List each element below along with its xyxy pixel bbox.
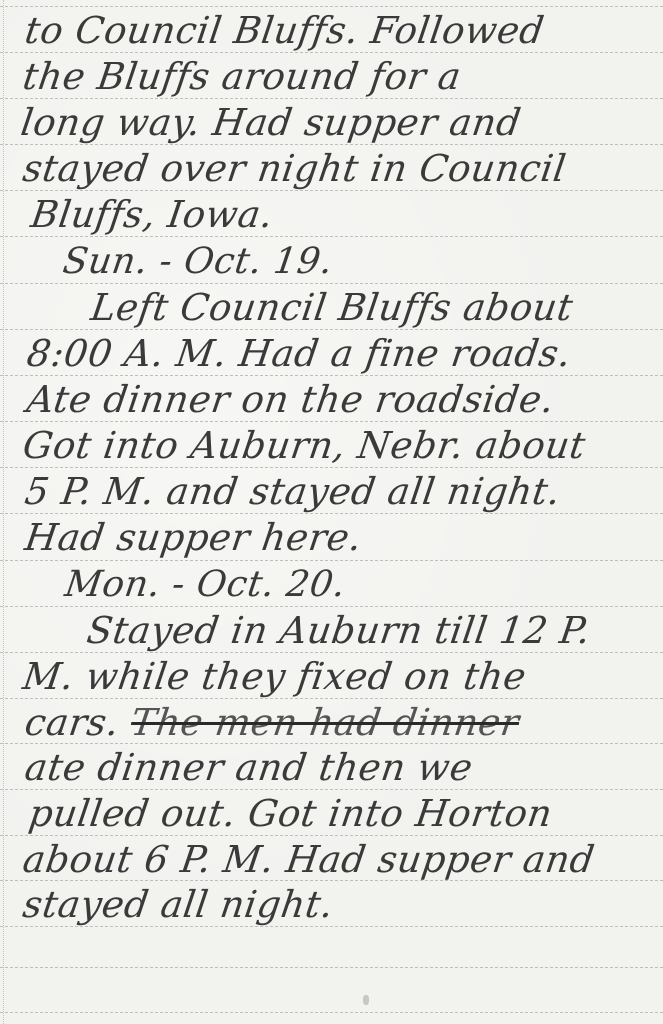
handwritten-text: cars. xyxy=(22,701,122,744)
handwritten-line: 5 P. M. and stayed all night. xyxy=(22,469,563,515)
handwritten-line: about 6 P. M. Had supper and xyxy=(20,837,597,883)
handwritten-line: Ate dinner on the roadside. xyxy=(24,377,557,423)
ruled-line xyxy=(0,6,663,7)
handwritten-line: stayed over night in Council xyxy=(20,146,569,192)
handwritten-line: Got into Auburn, Nebr. about xyxy=(20,423,588,469)
handwritten-line: the Bluffs around for a xyxy=(20,54,464,100)
date-heading: Mon. - Oct. 20. xyxy=(62,562,348,608)
ruled-line xyxy=(0,1012,663,1013)
handwritten-line: Bluffs, Iowa. xyxy=(28,192,276,238)
handwritten-line: Left Council Bluffs about xyxy=(88,285,576,331)
handwritten-line: pulled out. Got into Horton xyxy=(26,791,555,837)
handwritten-line: Had supper here. xyxy=(22,515,365,561)
handwritten-line: ate dinner and then we xyxy=(22,745,476,791)
handwritten-line: 8:00 A. M. Had a fine roads. xyxy=(24,331,574,377)
struck-out-text: The men had dinner xyxy=(128,701,522,744)
handwritten-line-with-strikeout: cars. The men had dinner xyxy=(22,700,522,746)
diary-page: to Council Bluffs. Followed the Bluffs a… xyxy=(0,0,663,1024)
handwritten-line: Stayed in Auburn till 12 P. xyxy=(84,608,593,654)
handwritten-line: long way. Had supper and xyxy=(18,100,524,146)
ruled-line xyxy=(0,967,663,968)
paper-smudge xyxy=(363,995,369,1005)
margin-line xyxy=(3,0,4,1024)
handwritten-line: M. while they fixed on the xyxy=(20,654,529,700)
handwritten-line: to Council Bluffs. Followed xyxy=(22,8,547,54)
handwritten-line: stayed all night. xyxy=(20,882,336,928)
date-heading: Sun. - Oct. 19. xyxy=(60,239,336,285)
